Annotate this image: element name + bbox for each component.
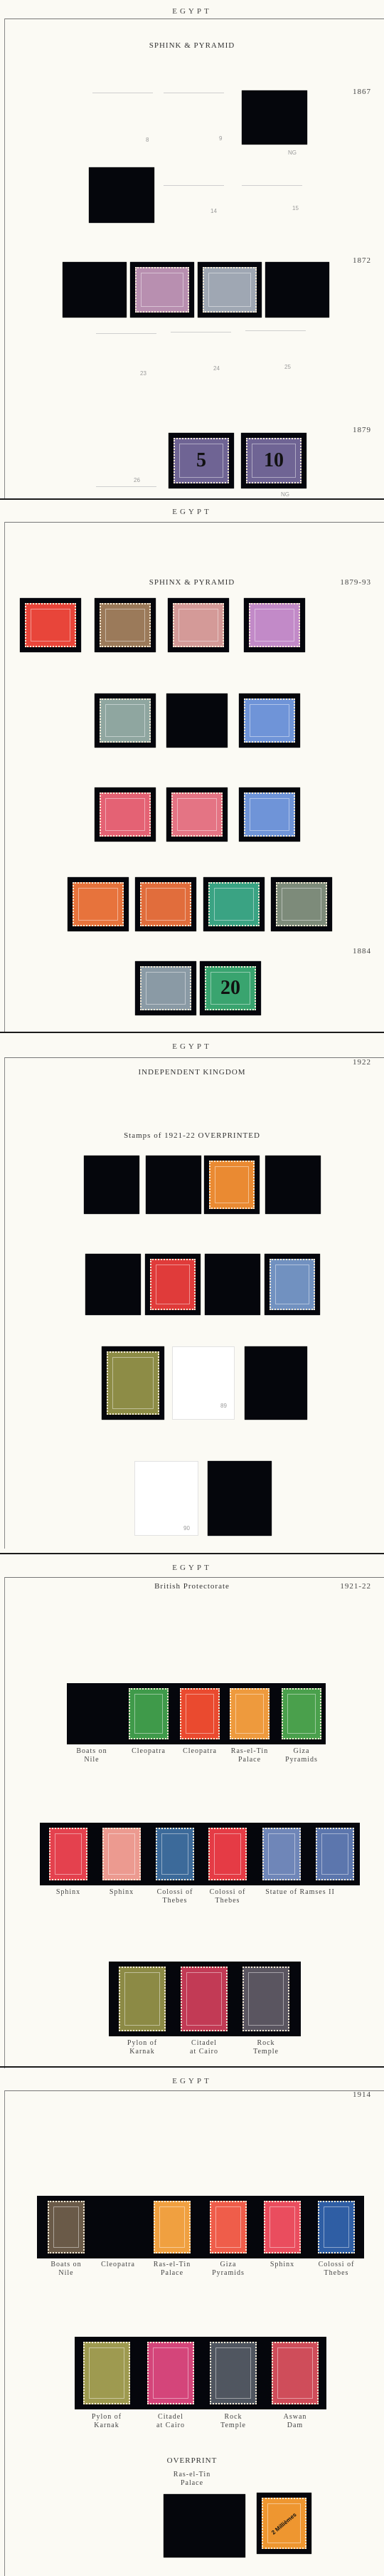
- stamp: [25, 603, 76, 647]
- stamp-frame: [159, 2206, 185, 2248]
- stamp-mount: [203, 1823, 252, 1885]
- stamp-caption: Colossi of Thebes: [304, 2261, 368, 2278]
- stamp-mount-1872: [130, 262, 194, 318]
- hinge-guide: [92, 93, 153, 93]
- stamp-mount: [135, 877, 196, 931]
- stamp: 10: [246, 438, 302, 483]
- stamp-frame: [270, 2206, 295, 2248]
- page-separator: [0, 2066, 384, 2068]
- year-label: 1872: [353, 256, 371, 265]
- stamp: [140, 882, 191, 926]
- page-frame-top: [4, 2090, 384, 2091]
- stamp-frame: [105, 609, 145, 642]
- stamp: [119, 1967, 166, 2031]
- stamp-frame: [250, 704, 289, 737]
- stamp: [208, 1828, 247, 1880]
- stamp-frame: [141, 273, 183, 307]
- stamp-mount: [166, 787, 228, 842]
- stamp-mount: [176, 1962, 233, 2036]
- stamp: [264, 2201, 301, 2253]
- stamp: [100, 698, 151, 743]
- stamp-caption: Boats on Nile: [60, 1747, 124, 1764]
- stamp: [230, 1688, 270, 1739]
- stamp-frame: [321, 1833, 348, 1875]
- section-heading: INDEPENDENT KINGDOM: [0, 1068, 384, 1077]
- stamp: [140, 966, 191, 1010]
- stamp-caption: Ras-el-Tin Palace: [140, 2261, 204, 2278]
- stamp: [173, 603, 224, 647]
- stamp-mount: [44, 1823, 92, 1885]
- stamp: [171, 792, 223, 837]
- stamp-mount-1872: [198, 262, 262, 318]
- stamp-mount: [145, 1254, 201, 1315]
- stamp-frame: [124, 1972, 160, 2026]
- stamp-frame: [178, 609, 218, 642]
- stamp-mount: [166, 693, 228, 748]
- stamp-caption: Pylon of Karnak: [107, 2039, 178, 2056]
- stamp-mount: [225, 1683, 274, 1744]
- country-header: EGYPT: [0, 1042, 384, 1051]
- stamp-mount: [245, 1346, 307, 1420]
- stamp-mount: [95, 598, 156, 652]
- stamp-mount: [168, 598, 229, 652]
- stamp: [210, 2201, 247, 2253]
- stamp-caption: Rock Temple: [230, 2039, 302, 2056]
- stamp-mount-1872: [265, 262, 329, 318]
- stamp-frame: [55, 1833, 82, 1875]
- stamp: [208, 882, 260, 926]
- stamp-mount: [78, 2337, 135, 2409]
- pencil-note: 26: [134, 477, 140, 483]
- year-label: 1922: [353, 1058, 371, 1067]
- stamp: [203, 267, 257, 313]
- stamp: [83, 2342, 130, 2404]
- stamp-frame: [208, 273, 251, 307]
- stamp: [318, 2201, 355, 2253]
- stamp: [156, 1828, 194, 1880]
- stamp: [316, 1828, 354, 1880]
- stamp-frame: [105, 704, 145, 737]
- stamp: [262, 1828, 301, 1880]
- section-subheading: Stamps of 1921-22 OVERPRINTED: [0, 1131, 384, 1140]
- stamp-mount: [267, 2337, 324, 2409]
- stamp-mount-1867: [242, 90, 307, 145]
- stamp: [147, 2342, 194, 2404]
- stamp-mount: [244, 598, 305, 652]
- stamp-caption: Pylon of Karnak: [70, 2413, 144, 2430]
- stamp-mount: [271, 877, 332, 931]
- stamp-mount: [97, 1823, 146, 1885]
- pencil-note: NG: [288, 150, 297, 156]
- page-frame-left: [4, 2090, 5, 2576]
- surcharge-value: 5: [196, 449, 206, 472]
- stamp-mount: [204, 1156, 260, 1214]
- stamp-mount: [146, 1156, 201, 1214]
- stamp-frame: [275, 1265, 309, 1304]
- stamp-frame: [186, 1694, 214, 1734]
- stamp: [49, 1828, 87, 1880]
- pencil-note: 23: [140, 370, 146, 377]
- stamp-mount-1879: 10: [241, 433, 306, 488]
- stamp-mount: [311, 1823, 359, 1885]
- country-header: EGYPT: [0, 508, 384, 516]
- stamp-mount: [205, 1254, 260, 1315]
- stamp-mount-1872: [63, 262, 127, 318]
- stamp-mount: [85, 1254, 141, 1315]
- pencil-note: 8: [146, 137, 149, 143]
- stamp: [282, 1688, 321, 1739]
- stamp-mount: [151, 1823, 199, 1885]
- page-frame-top: [4, 522, 384, 523]
- surcharge-value: 20: [220, 977, 240, 1000]
- stamp-mount: [257, 1823, 306, 1885]
- stamp: 2 Millièmes: [262, 2498, 306, 2549]
- stamp-frame: [215, 1166, 249, 1203]
- stamp-mount: [20, 598, 81, 652]
- stamp-caption: Citadel at Cairo: [169, 2039, 240, 2056]
- stamp-caption: Statue of Ramses II: [250, 1888, 350, 1897]
- stamp-frame: [112, 1357, 154, 1409]
- year-label: 1914: [353, 2090, 371, 2099]
- stamp-frame: [156, 1265, 190, 1304]
- stamp-frame: [153, 2347, 188, 2399]
- stamp-mount-1879: 5: [169, 433, 234, 488]
- stamp-mount: [265, 1156, 321, 1214]
- stamp-mount: [68, 877, 129, 931]
- stamp-mount: [313, 2196, 360, 2258]
- page-separator: [0, 498, 384, 500]
- pencil-note: 15: [292, 205, 299, 211]
- stamp-frame: [215, 2206, 241, 2248]
- stamp-frame: [186, 1972, 222, 2026]
- stamp-mount: [95, 787, 156, 842]
- country-header: EGYPT: [0, 1564, 384, 1572]
- page-frame-left: [4, 522, 5, 1032]
- stamp: [154, 2201, 191, 2253]
- stamp: [102, 1828, 141, 1880]
- stamp-frame: [235, 1694, 264, 1734]
- stamp-frame: [324, 2206, 349, 2248]
- stamp-frame: [248, 1972, 284, 2026]
- stamp-mount: [277, 1683, 326, 1744]
- stamp: [180, 1688, 220, 1739]
- stamp-mount: [114, 1962, 171, 2036]
- stamp: [270, 1259, 315, 1310]
- year-label: 1879-93: [340, 578, 371, 587]
- overprint-caption: Ras-el-Tin Palace: [156, 2471, 228, 2488]
- stamp-mount: [142, 2337, 199, 2409]
- stamp: [181, 1967, 228, 2031]
- section-heading: SPHINX & PYRAMID: [0, 578, 384, 587]
- section-heading: SPHINK & PYRAMID: [0, 41, 384, 50]
- stamp-frame: [282, 888, 321, 921]
- pencil-note: NG: [281, 491, 289, 498]
- pencil-note: 24: [213, 365, 220, 372]
- stamp-caption: Giza Pyramids: [270, 1747, 334, 1764]
- year-label: 1884: [353, 947, 371, 955]
- stamp-mount: [124, 1683, 174, 1744]
- year-label: 1921-22: [340, 1582, 371, 1591]
- stamp: [276, 882, 327, 926]
- hinge-guide: [96, 333, 156, 334]
- stamp-mount: [238, 1962, 294, 2036]
- stamp-frame: [214, 888, 254, 921]
- stamp-mount: [135, 961, 196, 1015]
- stamp-frame: [78, 888, 118, 921]
- pencil-note: 89: [220, 1403, 227, 1409]
- country-header: EGYPT: [0, 7, 384, 16]
- stamp: 20: [205, 966, 256, 1010]
- country-header: EGYPT: [0, 2077, 384, 2085]
- stamp-frame: [108, 1833, 135, 1875]
- stamp: [107, 1351, 159, 1415]
- stamp-frame: [250, 798, 289, 831]
- overprint-heading: OVERPRINT: [0, 2456, 384, 2465]
- stamp-frame: [255, 609, 294, 642]
- stamp-frame: [277, 2347, 313, 2399]
- section-heading: British Protectorate: [0, 1582, 384, 1591]
- stamp-mount: [259, 2196, 306, 2258]
- stamp-mount-1867: [89, 167, 154, 223]
- page-frame-top: [4, 1577, 384, 1578]
- stamp-frame: [268, 1833, 295, 1875]
- stamp-mount: [265, 1254, 320, 1315]
- stamp-mount: [208, 1461, 272, 1536]
- stamp: [129, 1688, 169, 1739]
- stamp: [48, 2201, 85, 2253]
- stamp-mount: [239, 693, 300, 748]
- stamp-mount: [149, 2196, 196, 2258]
- stamp-frame: [161, 1833, 188, 1875]
- stamp: [249, 603, 300, 647]
- hinge-guide: [164, 93, 224, 93]
- stamp: [150, 1259, 196, 1310]
- hinge-guide: [164, 185, 224, 186]
- stamp-mount: 20: [200, 961, 261, 1015]
- stamp-frame: [89, 2347, 124, 2399]
- stamp-mount: [205, 2337, 262, 2409]
- stamp: [242, 1967, 289, 2031]
- pencil-note: 14: [210, 208, 217, 214]
- stamp-mount: [203, 877, 265, 931]
- stamp: [100, 792, 151, 837]
- page-separator: [0, 1032, 384, 1033]
- stamp-mount: [175, 1683, 225, 1744]
- stamp-frame: [214, 1833, 241, 1875]
- stamp-frame: [31, 609, 70, 642]
- stamp-mount: [102, 1346, 164, 1420]
- pencil-note: 90: [183, 1525, 190, 1532]
- stamp-frame: [146, 888, 186, 921]
- page-frame-top: [4, 19, 384, 19]
- pencil-note: 9: [219, 135, 222, 142]
- stamp-frame: [134, 1694, 163, 1734]
- year-label: 1867: [353, 88, 371, 96]
- hinge-guide: [96, 486, 156, 487]
- pencil-note: 25: [284, 364, 291, 370]
- page-frame-left: [4, 1577, 5, 2068]
- stamp: [135, 267, 189, 313]
- stamp-album: EGYPTSPHINK & PYRAMID18671872187951089NG…: [0, 0, 384, 2576]
- stamp-mount: [43, 2196, 90, 2258]
- stamp-frame: [146, 972, 186, 1005]
- stamp-frame: [177, 798, 217, 831]
- stamp-frame: [53, 2206, 79, 2248]
- page-separator: [0, 1553, 384, 1554]
- stamp-mount: [95, 693, 156, 748]
- stamp-mount: 2 Millièmes: [257, 2493, 311, 2554]
- stamp: [244, 698, 295, 743]
- surcharge-value: 10: [264, 449, 284, 472]
- stamp-mount: [164, 2494, 245, 2557]
- stamp-frame: [287, 1694, 316, 1734]
- stamp-mount: [239, 787, 300, 842]
- stamp-mount: [84, 1156, 139, 1214]
- stamp: [210, 2342, 257, 2404]
- page-frame-left: [4, 19, 5, 500]
- stamp-caption: Colossi of Thebes: [196, 1888, 259, 1905]
- hinge-guide: [245, 330, 306, 331]
- stamp-mount: [205, 2196, 252, 2258]
- stamp-frame: [215, 2347, 251, 2399]
- stamp: [272, 2342, 319, 2404]
- stamp: [73, 882, 124, 926]
- stamp: [244, 792, 295, 837]
- stamp: 5: [174, 438, 229, 483]
- hinge-guide: [171, 332, 231, 333]
- hinge-guide: [242, 185, 302, 186]
- stamp-caption: Aswan Dam: [258, 2413, 332, 2430]
- stamp-frame: [105, 798, 145, 831]
- stamp: [209, 1161, 255, 1209]
- stamp: [100, 603, 151, 647]
- year-label: 1879: [353, 426, 371, 434]
- page-frame-top: [4, 1057, 384, 1058]
